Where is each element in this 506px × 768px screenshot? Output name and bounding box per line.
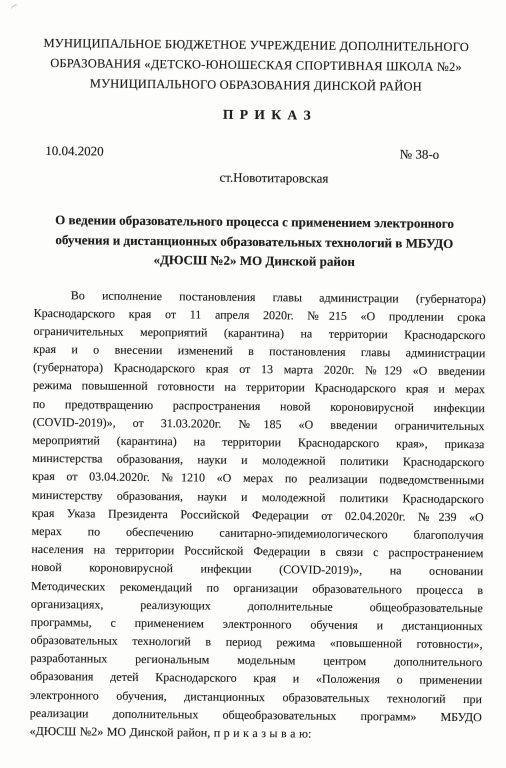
document-content: МУНИЦИПАЛЬНОЕ БЮДЖЕТНОЕ УЧРЕЖДЕНИЕ ДОПОЛ… [0,0,506,768]
document-body: Во исполнение постановления главы админи… [0,285,506,745]
document-date: 10.04.2020 [45,143,104,160]
scanned-document-page: МУНИЦИПАЛЬНОЕ БЮДЖЕТНОЕ УЧРЕЖДЕНИЕ ДОПОЛ… [0,0,506,768]
date-number-row: 10.04.2020 № 38-о [2,143,506,164]
organization-name-line: МУНИЦИПАЛЬНОГО ОБРАЗОВАНИЯ ДИНСКОЙ РАЙОН [21,73,491,98]
document-type-heading: П Р И К А З [15,105,506,126]
document-place: ст.Новотитаровская [21,168,506,189]
document-title: О ведении образовательного процесса с пр… [1,210,506,273]
organization-name: МУНИЦИПАЛЬНОЕ БЮДЖЕТНОЕ УЧРЕЖДЕНИЕ ДОПОЛ… [21,33,492,98]
document-number: № 38-о [400,146,440,162]
